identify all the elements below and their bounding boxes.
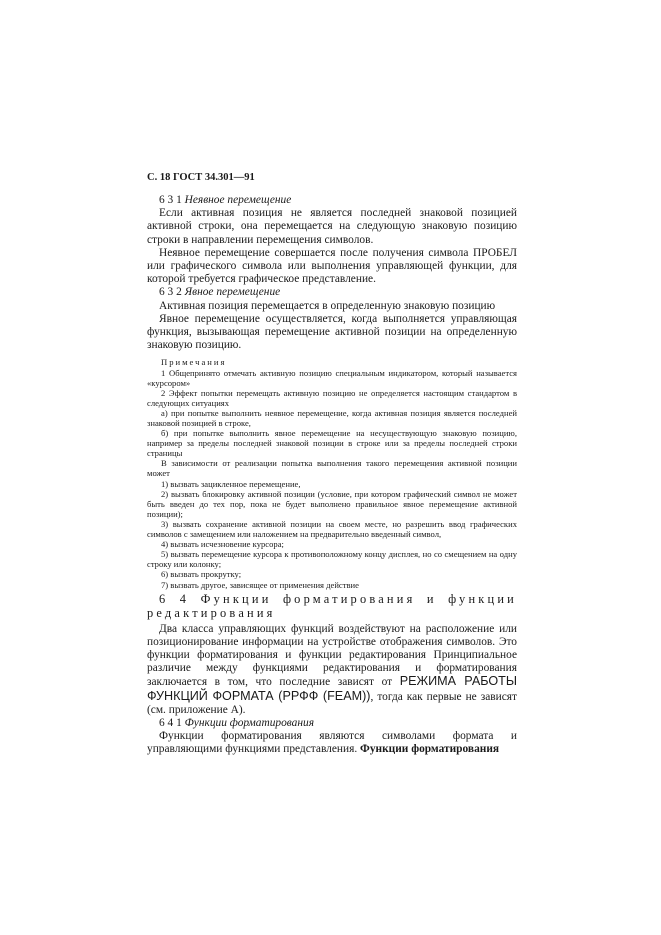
page-header: С. 18 ГОСТ 34.301—91	[147, 172, 255, 183]
section-632-title: Явное перемещение	[185, 286, 281, 298]
section-64-heading: 6 4 Функции форматирования и функции ред…	[147, 592, 517, 620]
section-631-number: 6 3 1	[159, 194, 182, 206]
section-64-title: Функции форматирования и функции редакти…	[147, 592, 517, 620]
section-641-paragraph-1: Функции форматирования являются символам…	[147, 730, 517, 756]
note-item-5: 5) вызвать перемещение курсора к противо…	[147, 549, 517, 569]
note-item-2: 2) вызвать блокировку активной позиции (…	[147, 489, 517, 519]
section-631-paragraph-1: Если активная позиция не является послед…	[147, 207, 517, 247]
section-631-heading: 6 3 1 Неявное перемещение	[147, 194, 517, 207]
section-632-number: 6 3 2	[159, 286, 182, 298]
section-632-heading: 6 3 2 Явное перемещение	[147, 286, 517, 299]
document-body: 6 3 1 Неявное перемещение Если активная …	[147, 194, 517, 757]
section-64-number: 6 4	[159, 592, 189, 606]
section-632-paragraph-1: Активная позиция перемещается в определе…	[147, 300, 517, 313]
note-item-6: 6) вызвать прокрутку;	[147, 569, 517, 579]
note-3: В зависимости от реализации попытка выпо…	[147, 458, 517, 478]
note-item-4: 4) вызвать исчезновение курсора;	[147, 539, 517, 549]
note-item-1: 1) вызвать зацикленное перемещение,	[147, 479, 517, 489]
note-2: 2 Эффект попытки перемещать активную поз…	[147, 388, 517, 408]
section-631-title: Неявное перемещение	[185, 194, 292, 206]
section-632-paragraph-2: Явное перемещение осуществляется, когда …	[147, 313, 517, 353]
notes-title: Примечания	[147, 357, 517, 367]
section-641-number: 6 4 1	[159, 717, 182, 729]
notes-block: Примечания 1 Общепринято отмечать активн…	[147, 357, 517, 589]
section-631-paragraph-2: Неявное перемещение совершается после по…	[147, 247, 517, 287]
note-item-3: 3) вызвать сохранение активной позиции н…	[147, 519, 517, 539]
section-641-title: Функции форматирования	[185, 717, 314, 729]
note-2b: б) при попытке выполнить явное перемещен…	[147, 428, 517, 458]
section-64-paragraph-1: Два класса управляющих функций воздейств…	[147, 623, 517, 717]
note-item-7: 7) вызвать другое, зависящее от применен…	[147, 580, 517, 590]
section-641-text-bold: Функции форматирования	[360, 743, 499, 755]
section-641-heading: 6 4 1 Функции форматирования	[147, 717, 517, 730]
note-2a: а) при попытке выполнить неявное перемещ…	[147, 408, 517, 428]
note-1: 1 Общепринято отмечать активную позицию …	[147, 368, 517, 388]
